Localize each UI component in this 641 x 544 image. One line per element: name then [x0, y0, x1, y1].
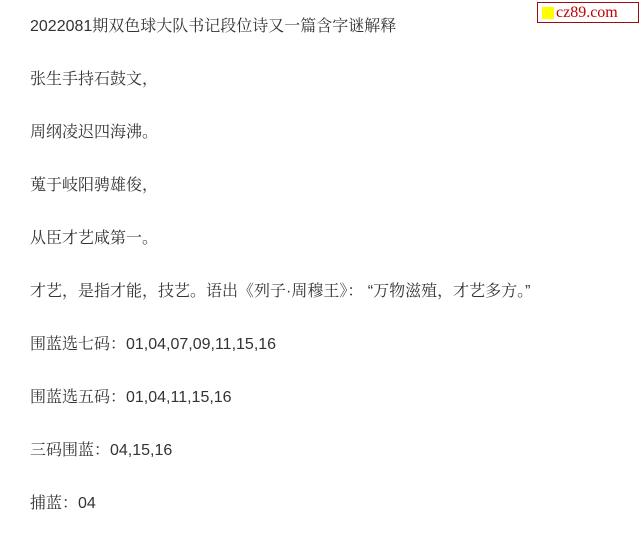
- poem-line-3: 蒐于岐阳骋雄俊，: [30, 173, 621, 198]
- poem-line-4: 从臣才艺咸第一。: [30, 226, 621, 251]
- catch-blue-line: 捕蓝：04: [30, 491, 621, 516]
- poem-line-2: 周纲凌迟四海沸。: [30, 120, 621, 145]
- explanation-line: 才艺，是指才能，技艺。语出《列子·周穆王》： “万物滋殖，才艺多方。”: [30, 279, 621, 304]
- article-page: cz89.com 2022081期双色球大队书记段位诗又一篇含字谜解释 张生手持…: [0, 0, 641, 544]
- page-title: 2022081期双色球大队书记段位诗又一篇含字谜解释: [30, 14, 621, 39]
- blue-pick-three-line: 三码围蓝：04,15,16: [30, 438, 621, 463]
- blue-pick-five-line: 围蓝选五码：01,04,11,15,16: [30, 385, 621, 410]
- article-body: 2022081期双色球大队书记段位诗又一篇含字谜解释 张生手持石鼓文， 周纲凌迟…: [0, 0, 641, 516]
- site-logo[interactable]: cz89.com: [537, 2, 639, 23]
- site-logo-text: cz89.com: [556, 4, 618, 22]
- logo-yellow-square-icon: [542, 7, 554, 19]
- poem-line-1: 张生手持石鼓文，: [30, 67, 621, 92]
- blue-pick-seven-line: 围蓝选七码：01,04,07,09,11,15,16: [30, 332, 621, 357]
